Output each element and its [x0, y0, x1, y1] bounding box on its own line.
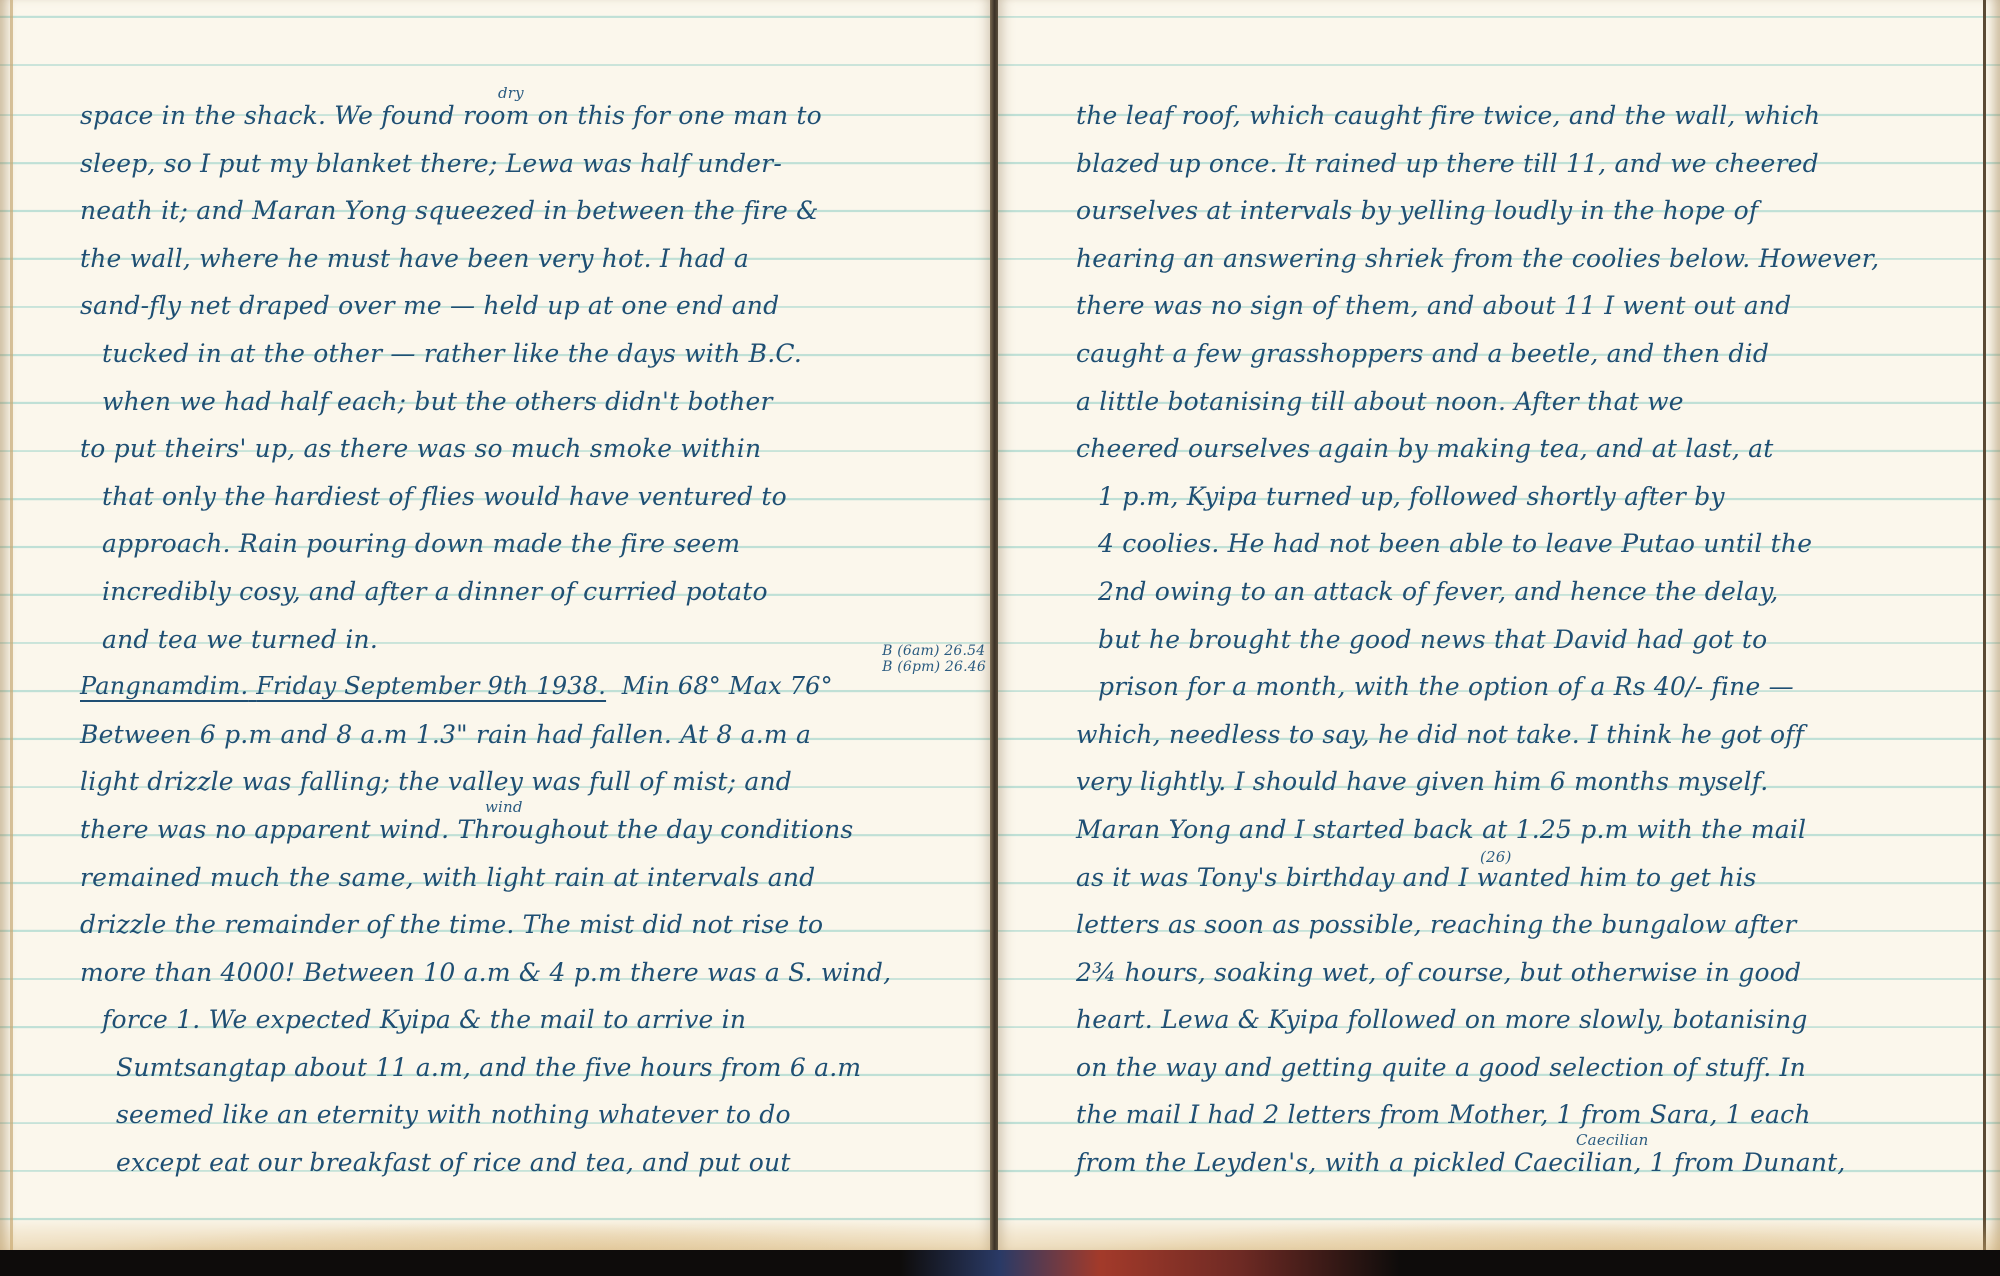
diary-line: cheered ourselves again by making tea, a… [1076, 425, 1976, 473]
entry-heading: Pangnamdim. Friday September 9th 1938. M… [80, 663, 980, 711]
diary-line: prison for a month, with the option of a… [1076, 663, 1976, 711]
diary-line: heart. Lewa & Kyipa followed on more slo… [1076, 996, 1976, 1044]
diary-line: incredibly cosy, and after a dinner of c… [80, 568, 980, 616]
barometer-readings: B (6am) 26.54 B (6pm) 26.46 [882, 643, 986, 675]
diary-line: as it was Tony's birthday and I wanted h… [1076, 854, 1976, 902]
right-page-text: the leaf roof, which caught fire twice, … [1076, 92, 1976, 1187]
diary-line: which, needless to say, he did not take.… [1076, 711, 1976, 759]
max-temp: Max 76° [729, 672, 833, 700]
diary-line: seemed like an eternity with nothing wha… [80, 1091, 980, 1139]
diary-line: sleep, so I put my blanket there; Lewa w… [80, 140, 980, 188]
diary-line: very lightly. I should have given him 6 … [1076, 758, 1976, 806]
diary-line: except eat our breakfast of rice and tea… [80, 1139, 980, 1187]
left-page-text: space in the shack. We found room on thi… [80, 92, 980, 1187]
diary-line: and tea we turned in. [80, 616, 980, 664]
diary-line: tucked in at the other — rather like the… [80, 330, 980, 378]
notebook-spread: space in the shack. We found room on thi… [0, 0, 2000, 1250]
diary-line: but he brought the good news that David … [1076, 616, 1976, 664]
diary-line: to put theirs' up, as there was so much … [80, 425, 980, 473]
diary-line: 1 p.m, Kyipa turned up, followed shortly… [1076, 473, 1976, 521]
diary-line: ourselves at intervals by yelling loudly… [1076, 187, 1976, 235]
entry-place-date: Pangnamdim. Friday September 9th 1938. [80, 672, 606, 700]
diary-line: Maran Yong and I started back at 1.25 p.… [1076, 806, 1976, 854]
diary-line: Between 6 p.m and 8 a.m 1.3" rain had fa… [80, 711, 980, 759]
diary-line: when we had half each; but the others di… [80, 378, 980, 426]
diary-line: 2¾ hours, soaking wet, of course, but ot… [1076, 949, 1976, 997]
diary-line: the wall, where he must have been very h… [80, 235, 980, 283]
page-edge [1983, 0, 1986, 1250]
diary-line: light drizzle was falling; the valley wa… [80, 758, 980, 806]
diary-line: blazed up once. It rained up there till … [1076, 140, 1976, 188]
diary-line: on the way and getting quite a good sele… [1076, 1044, 1976, 1092]
diary-line: the leaf roof, which caught fire twice, … [1076, 92, 1976, 140]
diary-line: remained much the same, with light rain … [80, 854, 980, 902]
diary-line: 2nd owing to an attack of fever, and hen… [1076, 568, 1976, 616]
diary-line: force 1. We expected Kyipa & the mail to… [80, 996, 980, 1044]
diary-line: that only the hardiest of flies would ha… [80, 473, 980, 521]
diary-line: more than 4000! Between 10 a.m & 4 p.m t… [80, 949, 980, 997]
insertion-26: (26) [1480, 850, 1512, 865]
barometer-pm: B (6pm) 26.46 [882, 659, 986, 675]
diary-line: caught a few grasshoppers and a beetle, … [1076, 330, 1976, 378]
diary-line: the mail I had 2 letters from Mother, 1 … [1076, 1091, 1976, 1139]
diary-line: sand-fly net draped over me — held up at… [80, 282, 980, 330]
min-temp: Min 68° [622, 672, 721, 700]
water-stain [998, 1210, 2000, 1250]
diary-line: letters as soon as possible, reaching th… [1076, 901, 1976, 949]
page-edge [10, 0, 13, 1250]
diary-line: approach. Rain pouring down made the fir… [80, 520, 980, 568]
diary-line: space in the shack. We found room on thi… [80, 92, 980, 140]
insertion-dry: dry [498, 86, 524, 101]
insertion-caecilian: Caecilian [1576, 1133, 1649, 1148]
diary-line: there was no apparent wind. Throughout t… [80, 806, 980, 854]
insertion-wind: wind [485, 800, 523, 815]
diary-line: from the Leyden's, with a pickled Caecil… [1076, 1139, 1976, 1187]
diary-line: neath it; and Maran Yong squeezed in bet… [80, 187, 980, 235]
diary-line: there was no sign of them, and about 11 … [1076, 282, 1976, 330]
diary-line: 4 coolies. He had not been able to leave… [1076, 520, 1976, 568]
diary-line: Sumtsangtap about 11 a.m, and the five h… [80, 1044, 980, 1092]
book-cover-edge [0, 1250, 2000, 1276]
diary-line: drizzle the remainder of the time. The m… [80, 901, 980, 949]
diary-line: a little botanising till about noon. Aft… [1076, 378, 1976, 426]
diary-line: hearing an answering shriek from the coo… [1076, 235, 1976, 283]
barometer-am: B (6am) 26.54 [882, 643, 985, 659]
water-stain [0, 1210, 992, 1250]
